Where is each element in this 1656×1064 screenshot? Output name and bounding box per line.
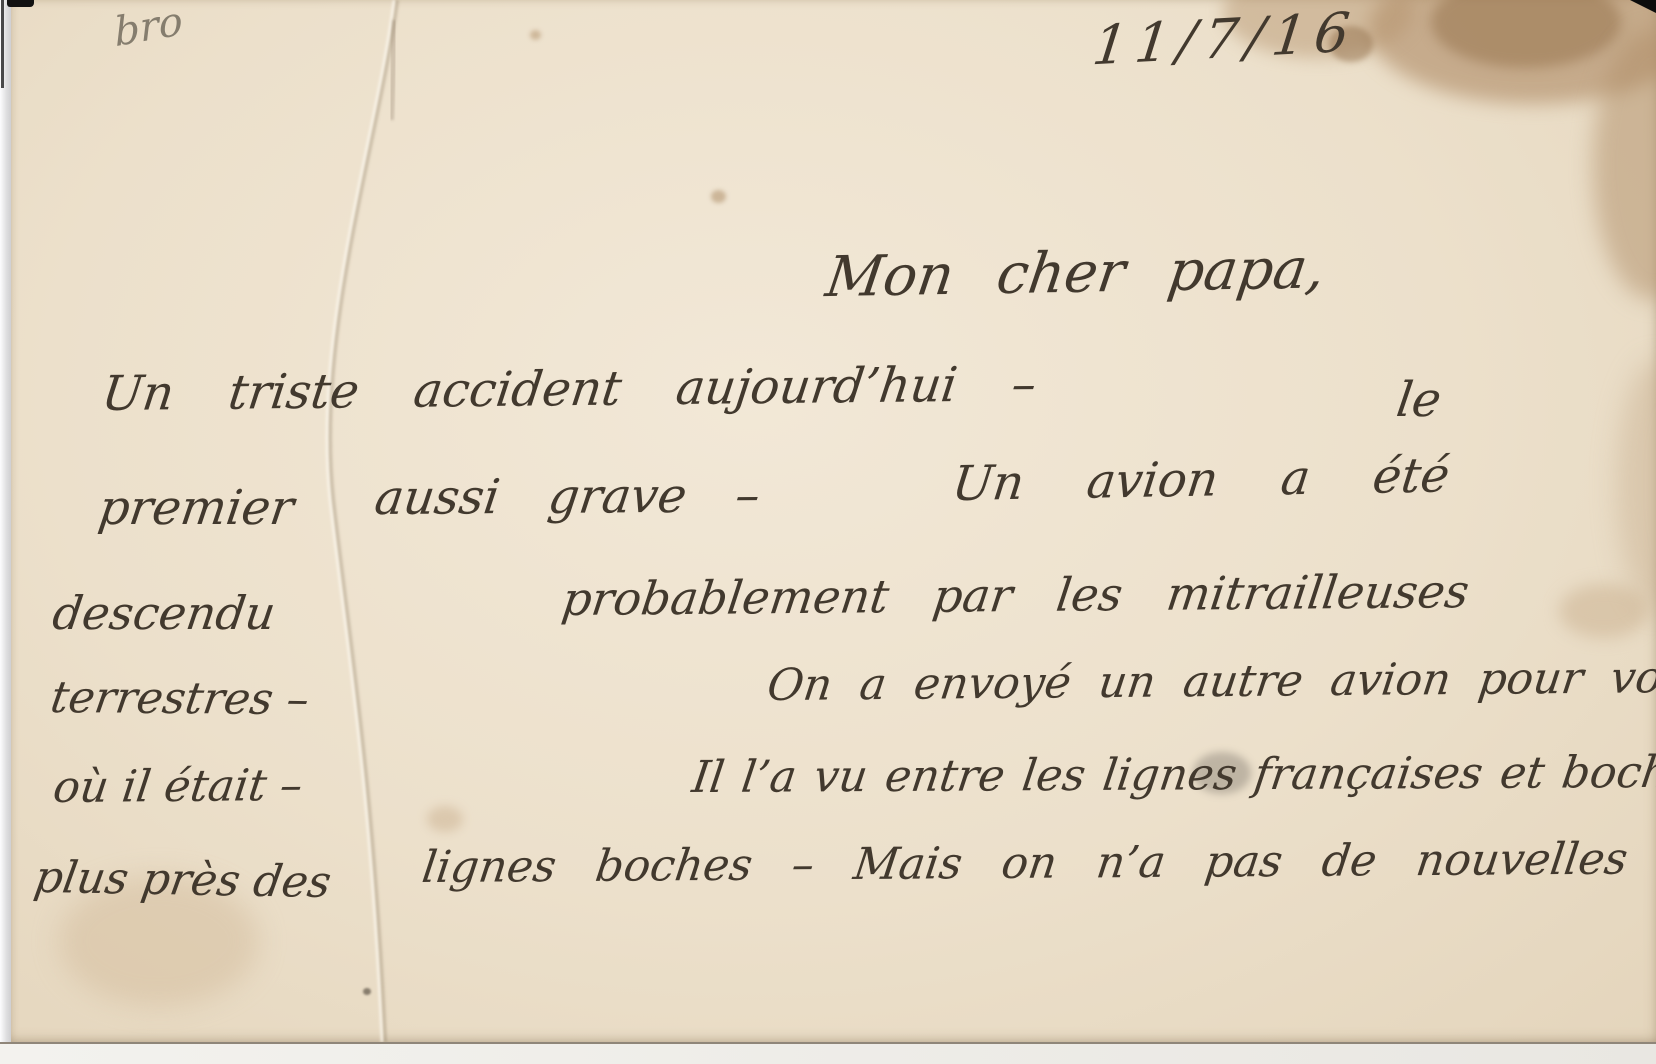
body-line-6-segment-2: lignes boches – Mais on n’a pas de nouve… — [419, 834, 1631, 893]
body-line-4-segment-1: terrestres – — [47, 672, 312, 725]
body-line-2-segment-3: Un avion a été — [949, 447, 1453, 512]
scanner-edge-left — [0, 0, 11, 1042]
body-line-1-segment-1: Un triste accident aujourd’hui – — [99, 356, 1040, 422]
body-line-5-segment-2: Il l’a vu entre les lignes françaises et… — [689, 747, 1656, 803]
body-line-3-segment-1: descendu — [49, 586, 279, 640]
body-line-2-segment-1: premier — [95, 480, 297, 536]
scanned-letter-page: bro 11/7/16 Mon cher papa, Un triste acc… — [0, 0, 1656, 1064]
body-line-6-segment-1: plus près des — [31, 852, 335, 908]
letter-salutation: Mon cher papa, — [822, 236, 1329, 310]
body-line-1-segment-2: le — [1393, 372, 1445, 428]
body-line-4-segment-2: On a envoyé un autre avion pour voir — [764, 652, 1656, 711]
body-line-2-segment-2: aussi grave – — [372, 467, 764, 526]
body-line-5-segment-1: où il était – — [50, 760, 305, 813]
body-line-3-segment-2: probablement par les mitrailleuses — [559, 564, 1472, 626]
scanner-edge-line — [1, 0, 4, 88]
scanner-corner-top-left — [7, 0, 34, 7]
scanner-edge-bottom — [0, 1042, 1656, 1064]
letter-paper: bro 11/7/16 Mon cher papa, Un triste acc… — [11, 0, 1656, 1042]
